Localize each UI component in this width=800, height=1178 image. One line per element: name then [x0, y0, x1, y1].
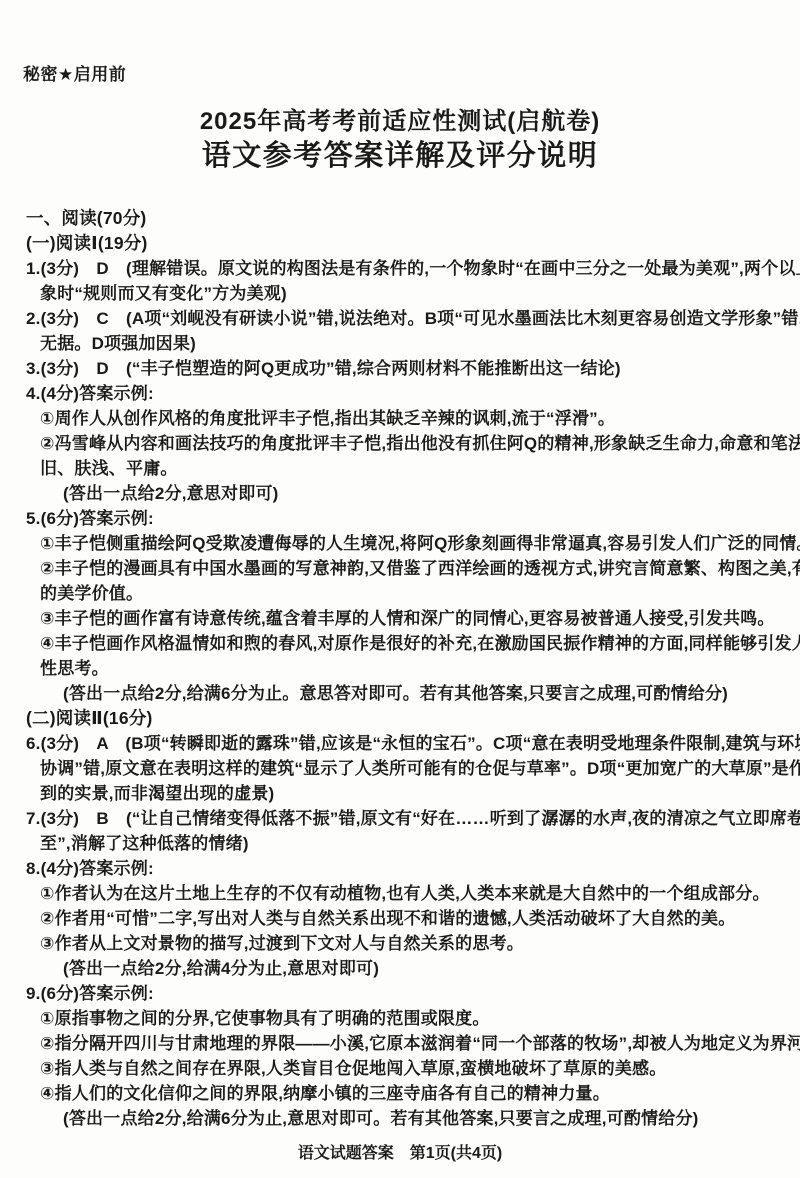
- answer-line: ①丰子恺侧重描绘阿Q受欺凌遭侮辱的人生境况,将阿Q形象刻画得非常逼真,容易引发人…: [26, 531, 792, 556]
- answer-line: 2.(3分) C (A项“刘岘没有研读小说”错,说法绝对。B项“可见水墨画法比木…: [26, 306, 792, 331]
- answer-line: (答出一点给2分,意思对即可): [26, 481, 792, 506]
- section-heading: 一、阅读(70分): [26, 206, 792, 231]
- answer-line: 4.(4分)答案示例:: [26, 381, 792, 406]
- answer-line: 旧、肤浅、平庸。: [26, 456, 792, 481]
- answer-line: 到的实景,而非渴望出现的虚景): [26, 781, 792, 806]
- answer-line: ①周作人从创作风格的角度批评丰子恺,指出其缺乏辛辣的讽刺,流于“浮滑”。: [26, 406, 792, 431]
- answer-line: (答出一点给2分,给满6分为止,意思对即可。若有其他答案,只要言之成理,可酌情给…: [26, 1106, 792, 1131]
- answer-line: 8.(4分)答案示例:: [26, 856, 792, 881]
- answer-line: 象时“规则而又有变化”方为美观): [26, 281, 792, 306]
- answer-line: 至”,消解了这种低落的情绪): [26, 831, 792, 856]
- answer-line: ②冯雪峰从内容和画法技巧的角度批评丰子恺,指出他没有抓住阿Q的精神,形象缺乏生命…: [26, 431, 792, 456]
- answer-line: ②作者用“可惜”二字,写出对人类与自然关系出现不和谐的遗憾,人类活动破坏了大自然…: [26, 906, 792, 931]
- answer-line: ②指分隔开四川与甘肃地理的界限——小溪,它原本滋润着“同一个部落的牧场”,却被人…: [26, 1031, 792, 1056]
- answer-line: 1.(3分) D (理解错误。原文说的构图法是有条件的,一个物象时“在画中三分之…: [26, 256, 792, 281]
- answer-key-title: 语文参考答案详解及评分说明: [0, 133, 800, 174]
- answer-line: 7.(3分) B (“让自己情绪变得低落不振”错,原文有“好在……听到了潺潺的水…: [26, 806, 792, 831]
- section-heading: (二)阅读Ⅱ(16分): [26, 706, 792, 731]
- answer-content: 一、阅读(70分)(一)阅读Ⅰ(19分)1.(3分) D (理解错误。原文说的构…: [26, 206, 792, 1131]
- answer-line: 无据。D项强加因果): [26, 331, 792, 356]
- answer-line: 5.(6分)答案示例:: [26, 506, 792, 531]
- answer-line: ①原指事物之间的分界,它使事物具有了明确的范围或限度。: [26, 1006, 792, 1031]
- classification-label: 秘密★启用前: [23, 60, 126, 85]
- answer-line: ③作者从上文对景物的描写,过渡到下文对人与自然关系的思考。: [26, 931, 792, 956]
- section-heading: (一)阅读Ⅰ(19分): [26, 231, 792, 256]
- page-footer: 语文试题答案 第1页(共4页): [0, 1140, 800, 1163]
- answer-line: 性思考。: [26, 656, 792, 681]
- answer-line: (答出一点给2分,给满4分为止,意思对即可): [26, 956, 792, 981]
- answer-line: ④丰子恺画作风格温情如和煦的春风,对原作是很好的补充,在激励国民振作精神的方面,…: [26, 631, 792, 656]
- answer-line: ④指人们的文化信仰之间的界限,纳摩小镇的三座寺庙各有自己的精神力量。: [26, 1081, 792, 1106]
- answer-line: 6.(3分) A (B项“转瞬即逝的露珠”错,应该是“永恒的宝石”。C项“意在表…: [26, 731, 792, 756]
- answer-line: (答出一点给2分,给满6分为止。意思答对即可。若有其他答案,只要言之成理,可酌情…: [26, 681, 792, 706]
- exam-title: 2025年高考考前适应性测试(启航卷): [0, 101, 800, 136]
- answer-line: ②丰子恺的漫画具有中国水墨画的写意神韵,又借鉴了西洋绘画的透视方式,讲究言简意繁…: [26, 556, 792, 581]
- answer-line: ③丰子恺的画作富有诗意传统,蕴含着丰厚的人情和深广的同情心,更容易被普通人接受,…: [26, 606, 792, 631]
- answer-line: 9.(6分)答案示例:: [26, 981, 792, 1006]
- answer-line: 的美学价值。: [26, 581, 792, 606]
- answer-line: 3.(3分) D (“丰子恺塑造的阿Q更成功”错,综合两则材料不能推断出这一结论…: [26, 356, 792, 381]
- answer-line: ③指人类与自然之间存在界限,人类盲目仓促地闯入草原,蛮横地破坏了草原的美感。: [26, 1056, 792, 1081]
- answer-line: 协调”错,原文意在表明这样的建筑“显示了人类所可能有的仓促与草率”。D项“更加宽…: [26, 756, 792, 781]
- exam-answer-page: 秘密★启用前 2025年高考考前适应性测试(启航卷) 语文参考答案详解及评分说明…: [0, 0, 800, 1178]
- answer-line: ①作者认为在这片土地上生存的不仅有动植物,也有人类,人类本来就是大自然中的一个组…: [26, 881, 792, 906]
